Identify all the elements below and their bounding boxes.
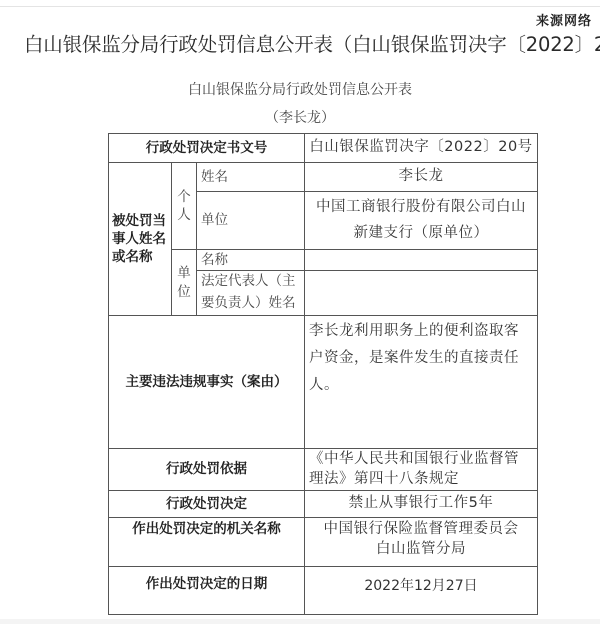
org-name-value <box>305 250 538 271</box>
bottom-divider <box>0 619 600 624</box>
table-row-individual-name: 被处罚当事人姓名或名称 个人 姓名 李长龙 <box>109 163 538 192</box>
document-title: 白山银保监分局行政处罚信息公开表 <box>0 79 600 99</box>
basis-value: 《中华人民共和国银行业监督管理法》第四十八条规定 <box>305 449 538 491</box>
basis-label: 行政处罚依据 <box>109 449 305 491</box>
individual-unit-value: 中国工商银行股份有限公司白山新建支行（原单位） <box>305 192 538 250</box>
document-subtitle: （李长龙） <box>0 107 600 127</box>
org-group-label: 单位 <box>172 250 197 316</box>
date-value: 2022年12月27日 <box>305 567 538 615</box>
table-row-org-name: 单位 名称 <box>109 250 538 271</box>
authority-label: 作出处罚决定的机关名称 <box>109 518 305 567</box>
table-row-decision: 行政处罚决定 禁止从事银行工作5年 <box>109 491 538 518</box>
table-row-basis: 行政处罚依据 《中华人民共和国银行业监督管理法》第四十八条规定 <box>109 449 538 491</box>
facts-value: 李长龙利用职务上的便利盗取客户资金，是案件发生的直接责任人。 <box>305 316 538 449</box>
penalty-info-table: 行政处罚决定书文号 白山银保监罚决字〔2022〕20号 被处罚当事人姓名或名称 … <box>108 133 538 615</box>
individual-name-label: 姓名 <box>197 163 305 192</box>
top-divider <box>0 6 600 7</box>
facts-label: 主要违法违规事实（案由） <box>109 316 305 449</box>
decision-no-value: 白山银保监罚决字〔2022〕20号 <box>305 134 538 163</box>
individual-unit-label: 单位 <box>197 192 305 250</box>
table-row-authority: 作出处罚决定的机关名称 中国银行保险监督管理委员会白山监管分局 <box>109 518 538 567</box>
decision-no-label: 行政处罚决定书文号 <box>109 134 305 163</box>
date-label: 作出处罚决定的日期 <box>109 567 305 615</box>
org-rep-label: 法定代表人（主要负责人）姓名 <box>197 271 305 316</box>
individual-name-value: 李长龙 <box>305 163 538 192</box>
authority-value: 中国银行保险监督管理委员会白山监管分局 <box>305 518 538 567</box>
source-watermark: 来源网络 <box>536 10 592 29</box>
decision-label: 行政处罚决定 <box>109 491 305 518</box>
individual-group-label: 个人 <box>172 163 197 250</box>
table-row-date: 作出处罚决定的日期 2022年12月27日 <box>109 567 538 615</box>
party-label: 被处罚当事人姓名或名称 <box>109 163 172 316</box>
org-rep-value <box>305 271 538 316</box>
article-headline: 白山银保监分局行政处罚信息公开表（白山银保监罚决字〔2022〕20号 <box>24 29 600 57</box>
decision-value: 禁止从事银行工作5年 <box>305 491 538 518</box>
org-name-label: 名称 <box>197 250 305 271</box>
table-row-decision-no: 行政处罚决定书文号 白山银保监罚决字〔2022〕20号 <box>109 134 538 163</box>
table-row-facts: 主要违法违规事实（案由） 李长龙利用职务上的便利盗取客户资金，是案件发生的直接责… <box>109 316 538 449</box>
